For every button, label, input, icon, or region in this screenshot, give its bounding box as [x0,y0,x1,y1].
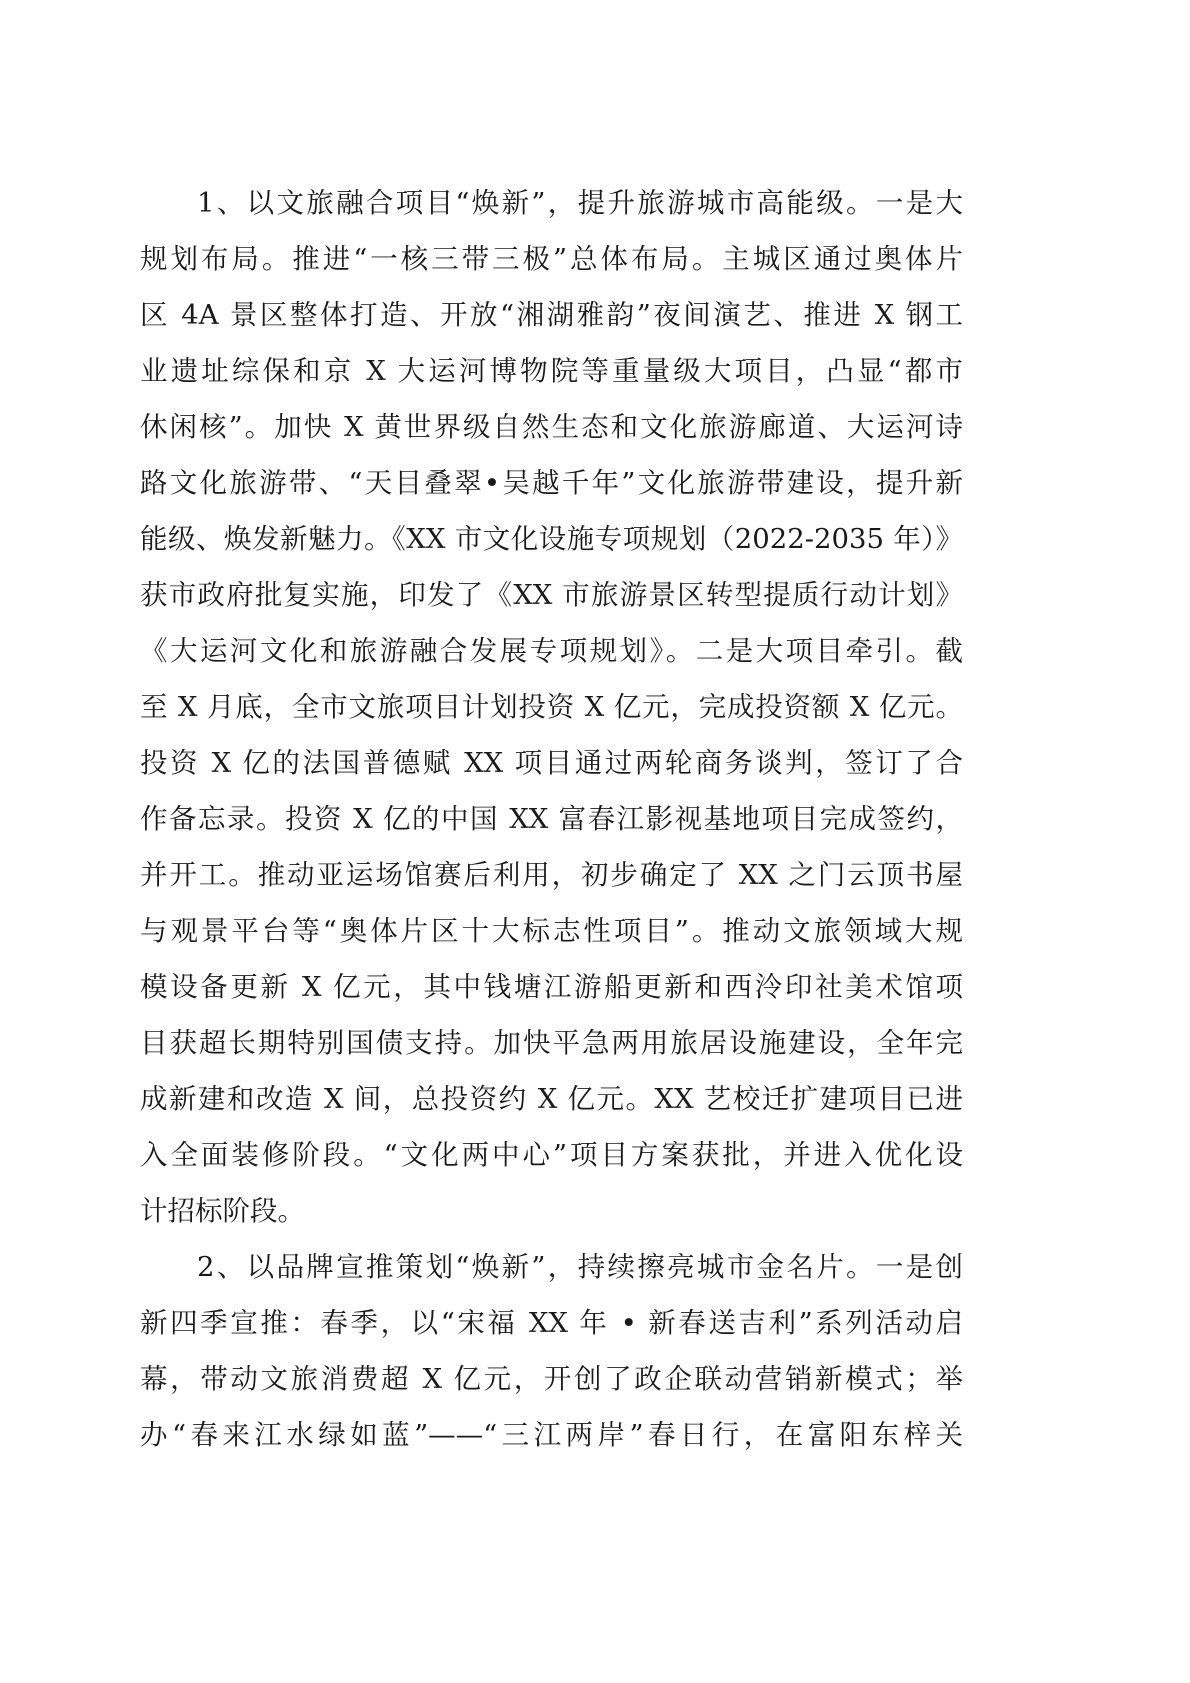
text-line: 目获超长期特别国债支持。加快平急两用旅居设施建设，全年完 [140,1015,963,1071]
text-line: 成新建和改造 X 间，总投资约 X 亿元。XX 艺校迁扩建项目已进 [140,1071,963,1127]
paragraph-2-brand-promotion: 2、以品牌宣推策划“焕新”，持续擦亮城市金名片。一是创 新四季宣推：春季，以“宋… [140,1239,963,1463]
text-line: 区 4A 景区整体打造、开放“湘湖雅韵”夜间演艺、推进 X 钢工 [140,287,963,343]
text-line: 入全面装修阶段。“文化两中心”项目方案获批，并进入优化设 [140,1127,963,1183]
text-line: 规划布局。推进“一核三带三极”总体布局。主城区通过奥体片 [140,231,963,287]
text-line: 幕，带动文旅消费超 X 亿元，开创了政企联动营销新模式；举 [140,1351,963,1407]
text-line: 1、以文旅融合项目“焕新”，提升旅游城市高能级。一是大 [140,175,963,231]
text-line: 与观景平台等“奥体片区十大标志性项目”。推动文旅领域大规 [140,903,963,959]
text-line: 办“春来江水绿如蓝”——“三江两岸”春日行，在富阳东梓关 [140,1407,963,1463]
text-line: 《大运河文化和旅游融合发展专项规划》。二是大项目牵引。截 [140,623,963,679]
text-line: 路文化旅游带、“天目叠翠•吴越千年”文化旅游带建设，提升新 [140,455,963,511]
text-line: 并开工。推动亚运场馆赛后利用，初步确定了 XX 之门云顶书屋 [140,847,963,903]
text-line: 作备忘录。投资 X 亿的中国 XX 富春江影视基地项目完成签约， [140,791,963,847]
text-line: 休闲核”。加快 X 黄世界级自然生态和文化旅游廊道、大运河诗 [140,399,963,455]
text-line: 获市政府批复实施，印发了《XX 市旅游景区转型提质行动计划》 [140,567,963,623]
text-line: 能级、焕发新魅力。《XX 市文化设施专项规划（2022-2035 年）》 [140,511,963,567]
text-line: 新四季宣推：春季，以“宋福 XX 年 • 新春送吉利”系列活动启 [140,1295,963,1351]
text-line: 计招标阶段。 [140,1183,963,1239]
paragraph-1-culture-tourism-projects: 1、以文旅融合项目“焕新”，提升旅游城市高能级。一是大 规划布局。推进“一核三带… [140,175,963,1239]
document-page: 1、以文旅融合项目“焕新”，提升旅游城市高能级。一是大 规划布局。推进“一核三带… [140,175,963,1463]
text-line: 至 X 月底，全市文旅项目计划投资 X 亿元，完成投资额 X 亿元。 [140,679,963,735]
text-line: 业遗址综保和京 X 大运河博物院等重量级大项目，凸显“都市 [140,343,963,399]
text-line: 模设备更新 X 亿元，其中钱塘江游船更新和西泠印社美术馆项 [140,959,963,1015]
text-line: 投资 X 亿的法国普德赋 XX 项目通过两轮商务谈判，签订了合 [140,735,963,791]
text-line: 2、以品牌宣推策划“焕新”，持续擦亮城市金名片。一是创 [140,1239,963,1295]
